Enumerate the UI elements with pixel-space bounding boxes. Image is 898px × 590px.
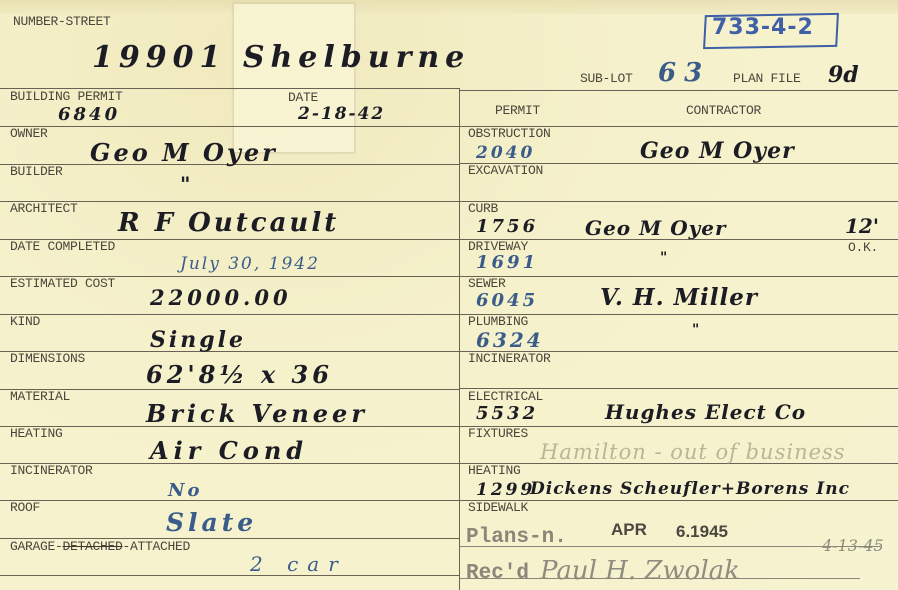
contractor-column-header: CONTRACTOR xyxy=(686,104,761,118)
permit-plumbing-number: 6324 xyxy=(476,328,544,352)
date-completed-label: DATE COMPLETED xyxy=(10,240,115,254)
building-permit-label: BUILDING PERMIT xyxy=(10,90,123,104)
architect-value: R F Outcault xyxy=(118,208,339,238)
permit-obstruction-number: 2040 xyxy=(476,143,535,163)
heating-label: HEATING xyxy=(10,427,63,441)
permit-incinerator-label: INCINERATOR xyxy=(468,352,551,366)
permit-curb-note: 12' xyxy=(845,214,879,238)
row-divider xyxy=(0,575,460,576)
permit-heating-contractor: Dickens Scheufler+Borens Inc xyxy=(530,479,850,499)
plan-file-value: 9d xyxy=(828,62,859,88)
file-number: 733-4-2 xyxy=(712,15,814,40)
number-street-value: 19901 Shelburne xyxy=(92,40,470,75)
row-divider xyxy=(460,201,898,202)
permit-driveway-contractor: " xyxy=(660,250,668,266)
receiver-signature: Paul H. Zwolak xyxy=(540,556,740,586)
permit-curb-number: 1756 xyxy=(476,216,538,237)
building-permit-value: 6840 xyxy=(58,104,120,125)
incinerator-label: INCINERATOR xyxy=(10,464,93,478)
incinerator-value: No xyxy=(168,480,202,501)
permit-column-header: PERMIT xyxy=(495,104,540,118)
builder-value: " xyxy=(180,172,190,196)
permit-sewer-label: SEWER xyxy=(468,277,506,291)
material-label: MATERIAL xyxy=(10,390,70,404)
row-divider xyxy=(0,500,460,501)
date-value: 2-18-42 xyxy=(298,104,385,124)
owner-value: Geo M Oyer xyxy=(90,138,278,167)
permit-excavation-label: EXCAVATION xyxy=(468,164,543,178)
date-completed-value: July 30, 1942 xyxy=(180,254,320,274)
permit-heating-number: 1299 xyxy=(476,480,535,500)
permit-curb-contractor: Geo M Oyer xyxy=(585,216,727,240)
garage-label: GARAGE-DETACHED-ATTACHED xyxy=(10,540,190,554)
permit-electrical-number: 5532 xyxy=(476,403,538,424)
row-divider xyxy=(0,126,460,127)
kind-value: Single xyxy=(150,327,246,353)
date-label: DATE xyxy=(288,91,318,105)
permit-obstruction-contractor: Geo M Oyer xyxy=(640,138,795,164)
architect-label: ARCHITECT xyxy=(10,202,78,216)
estimated-cost-label: ESTIMATED COST xyxy=(10,277,115,291)
permit-curb-label: CURB xyxy=(468,202,498,216)
owner-label: OWNER xyxy=(10,127,48,141)
garage-value: 2 car xyxy=(250,552,347,576)
card-top-edge xyxy=(0,0,898,14)
roof-label: ROOF xyxy=(10,501,40,515)
dimensions-value: 62'8½ x 36 xyxy=(146,360,333,389)
tape-strip xyxy=(233,3,355,153)
permit-heating-label: HEATING xyxy=(468,464,521,478)
stamp-month: APR xyxy=(611,520,647,540)
estimated-cost-value: 22000.00 xyxy=(150,285,292,310)
permit-obstruction-label: OBSTRUCTION xyxy=(468,127,551,141)
permit-sewer-contractor: V. H. Miller xyxy=(600,284,758,311)
permit-sewer-number: 6045 xyxy=(476,290,538,311)
builder-label: BUILDER xyxy=(10,165,63,179)
permit-driveway-note: O.K. xyxy=(848,241,878,255)
permit-fixtures-contractor: Hamilton - out of business xyxy=(540,440,846,464)
sub-lot-label: SUB-LOT xyxy=(580,72,633,86)
permit-sidewalk-label: SIDEWALK xyxy=(468,501,528,515)
permit-electrical-contractor: Hughes Elect Co xyxy=(605,400,806,424)
permit-fixtures-label: FIXTURES xyxy=(468,427,528,441)
stamp-day-year: 6.1945 xyxy=(676,522,728,542)
kind-label: KIND xyxy=(10,315,40,329)
recd-label: Rec'd xyxy=(466,562,529,585)
number-street-label: NUMBER-STREET xyxy=(13,15,111,29)
plan-file-label: PLAN FILE xyxy=(733,72,801,86)
material-value: Brick Veneer xyxy=(146,399,368,428)
permit-plumbing-label: PLUMBING xyxy=(468,315,528,329)
permit-electrical-label: ELECTRICAL xyxy=(468,390,543,404)
row-divider xyxy=(0,314,460,315)
permit-driveway-number: 1691 xyxy=(476,252,538,273)
dimensions-label: DIMENSIONS xyxy=(10,352,85,366)
heating-value: Air Cond xyxy=(150,436,308,465)
permit-plumbing-contractor: " xyxy=(692,322,700,338)
sub-lot-value: 63 xyxy=(658,58,710,88)
permit-record-card: NUMBER-STREET 19901 Shelburne 733-4-2 SU… xyxy=(0,0,898,590)
roof-value: Slate xyxy=(166,508,257,537)
row-divider xyxy=(460,276,898,277)
